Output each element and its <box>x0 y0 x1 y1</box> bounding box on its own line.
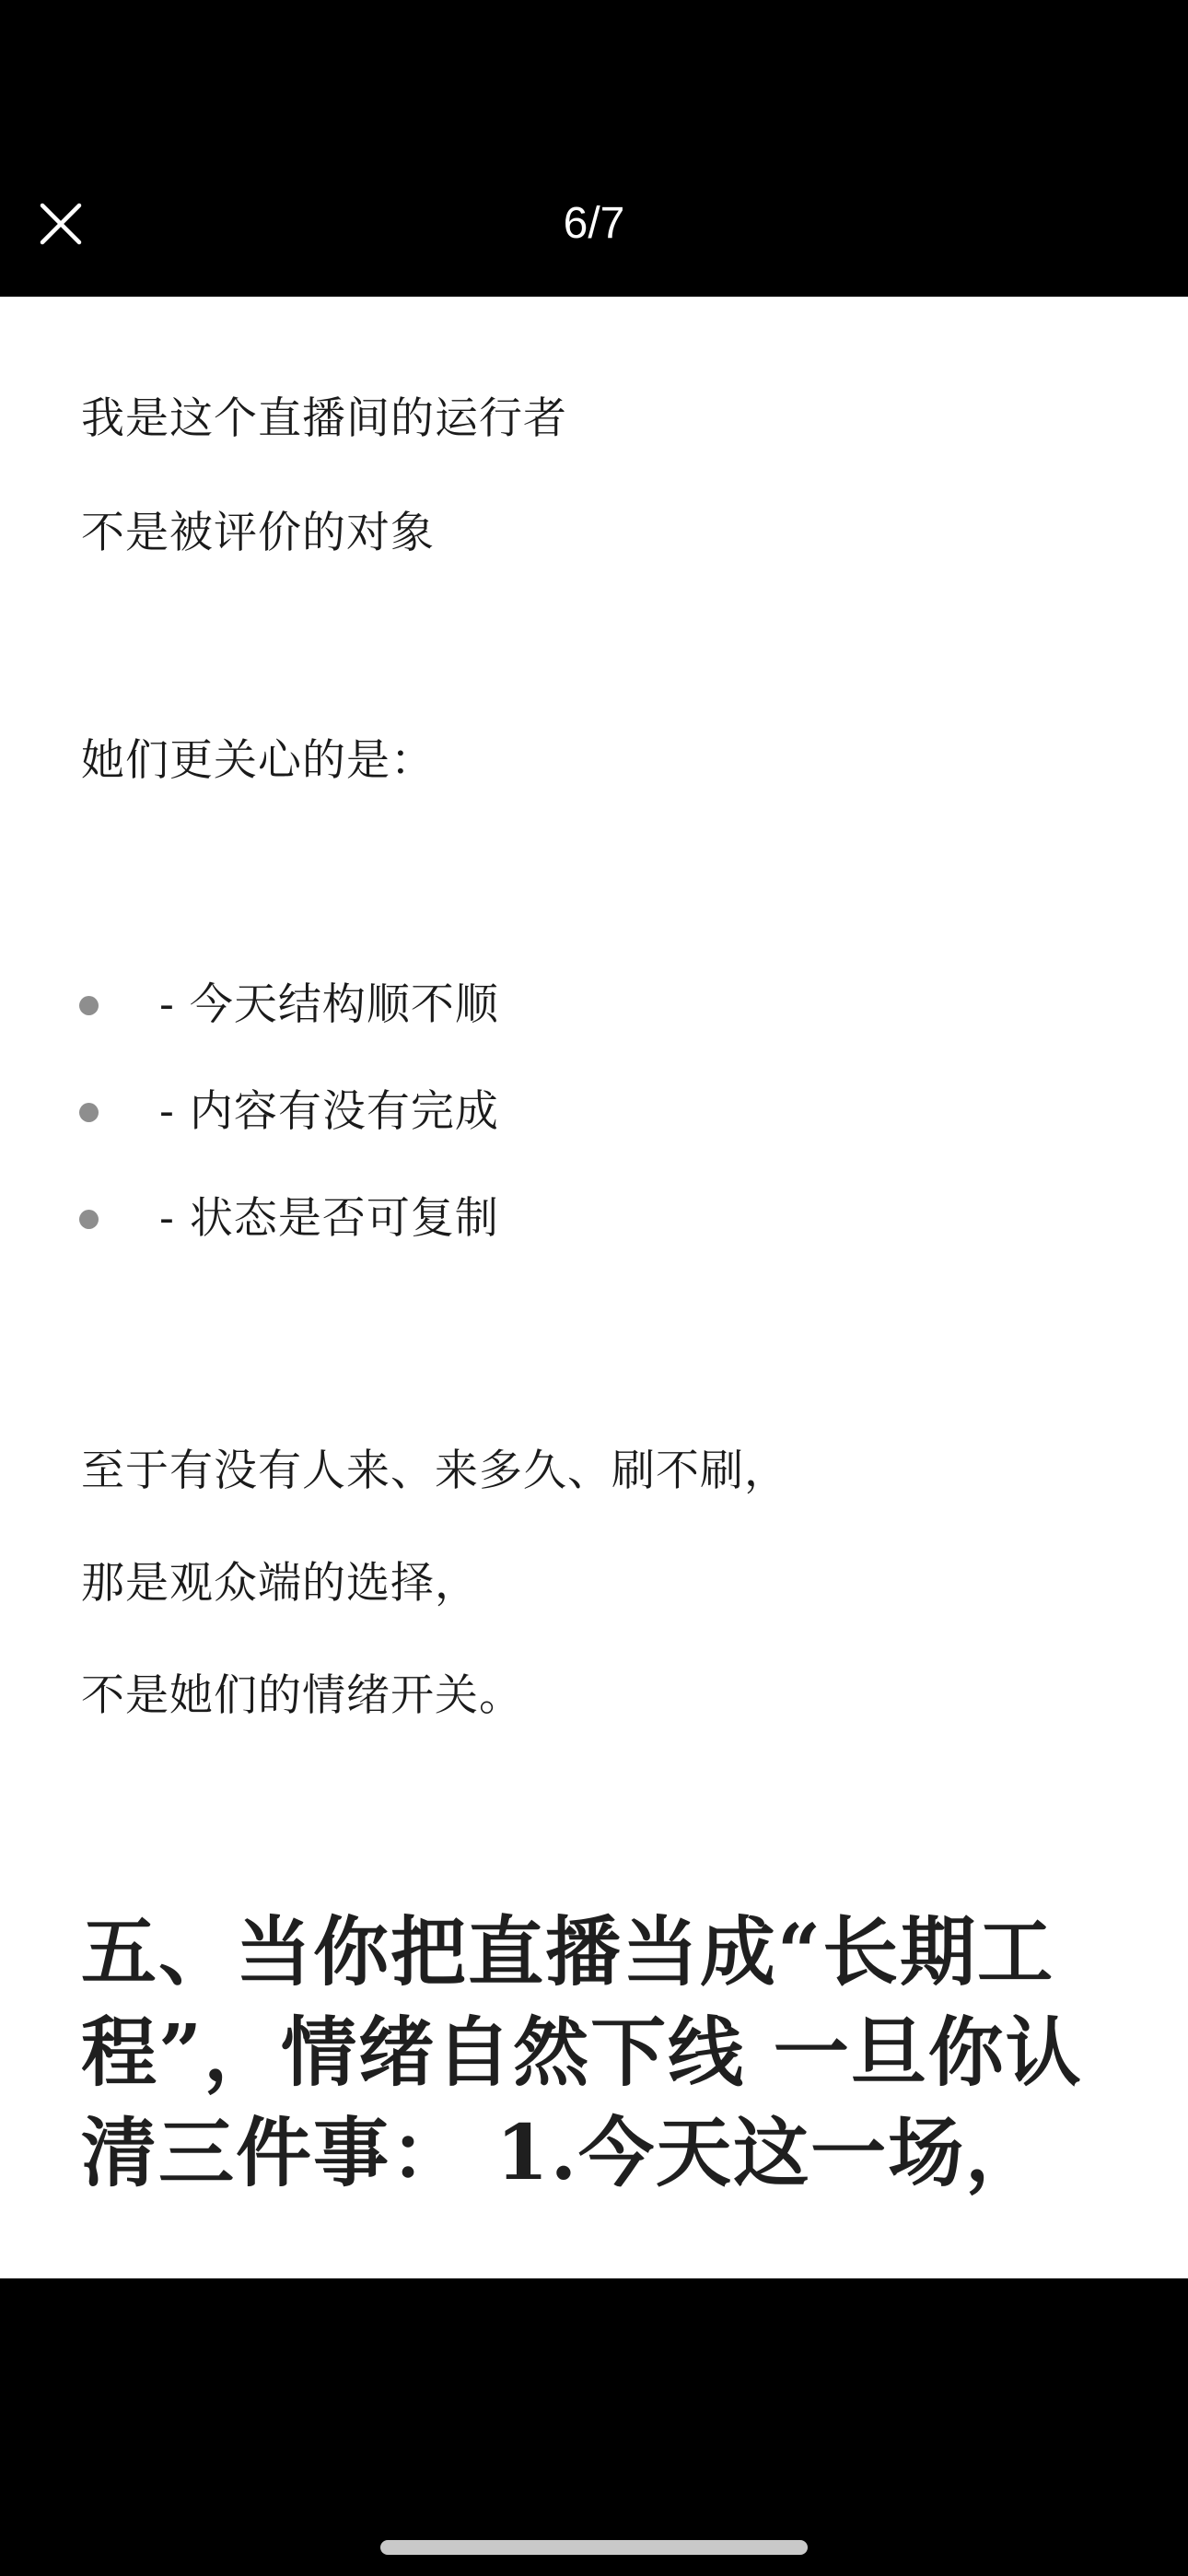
lead-in-text: 她们更关心的是： <box>81 733 435 789</box>
bullet-icon <box>79 1103 99 1122</box>
viewer-top-bar: 6/7 <box>0 0 1188 297</box>
bullet-icon <box>79 996 99 1015</box>
list-item-text: - 内容有没有完成 <box>159 1084 499 1140</box>
section-heading: 五、当你把直播当成“长期工程”，情绪自然下线 一旦你认清三件事： 1.今天这一场… <box>81 1903 1122 2204</box>
list-item-text: - 状态是否可复制 <box>159 1191 499 1247</box>
list-item: - 状态是否可复制 <box>79 1191 499 1247</box>
viewer-bottom-bar <box>0 2278 1188 2576</box>
paragraph: 我是这个直播间的运行者 <box>81 392 567 447</box>
paragraph: 至于有没有人来、来多久、刷不刷， <box>81 1444 788 1499</box>
bullet-icon <box>79 1210 99 1229</box>
list-item-text: - 今天结构顺不顺 <box>159 978 499 1033</box>
home-indicator[interactable] <box>380 2540 808 2555</box>
paragraph: 不是她们的情绪开关。 <box>81 1669 523 1724</box>
list-item: - 内容有没有完成 <box>79 1084 499 1140</box>
list-item: - 今天结构顺不顺 <box>79 978 499 1033</box>
paragraph: 不是被评价的对象 <box>81 506 435 561</box>
page-counter: 6/7 <box>0 195 1188 252</box>
paragraph: 那是观众端的选择， <box>81 1556 479 1611</box>
document-page[interactable]: 我是这个直播间的运行者 不是被评价的对象 她们更关心的是： - 今天结构顺不顺 … <box>0 297 1188 2278</box>
